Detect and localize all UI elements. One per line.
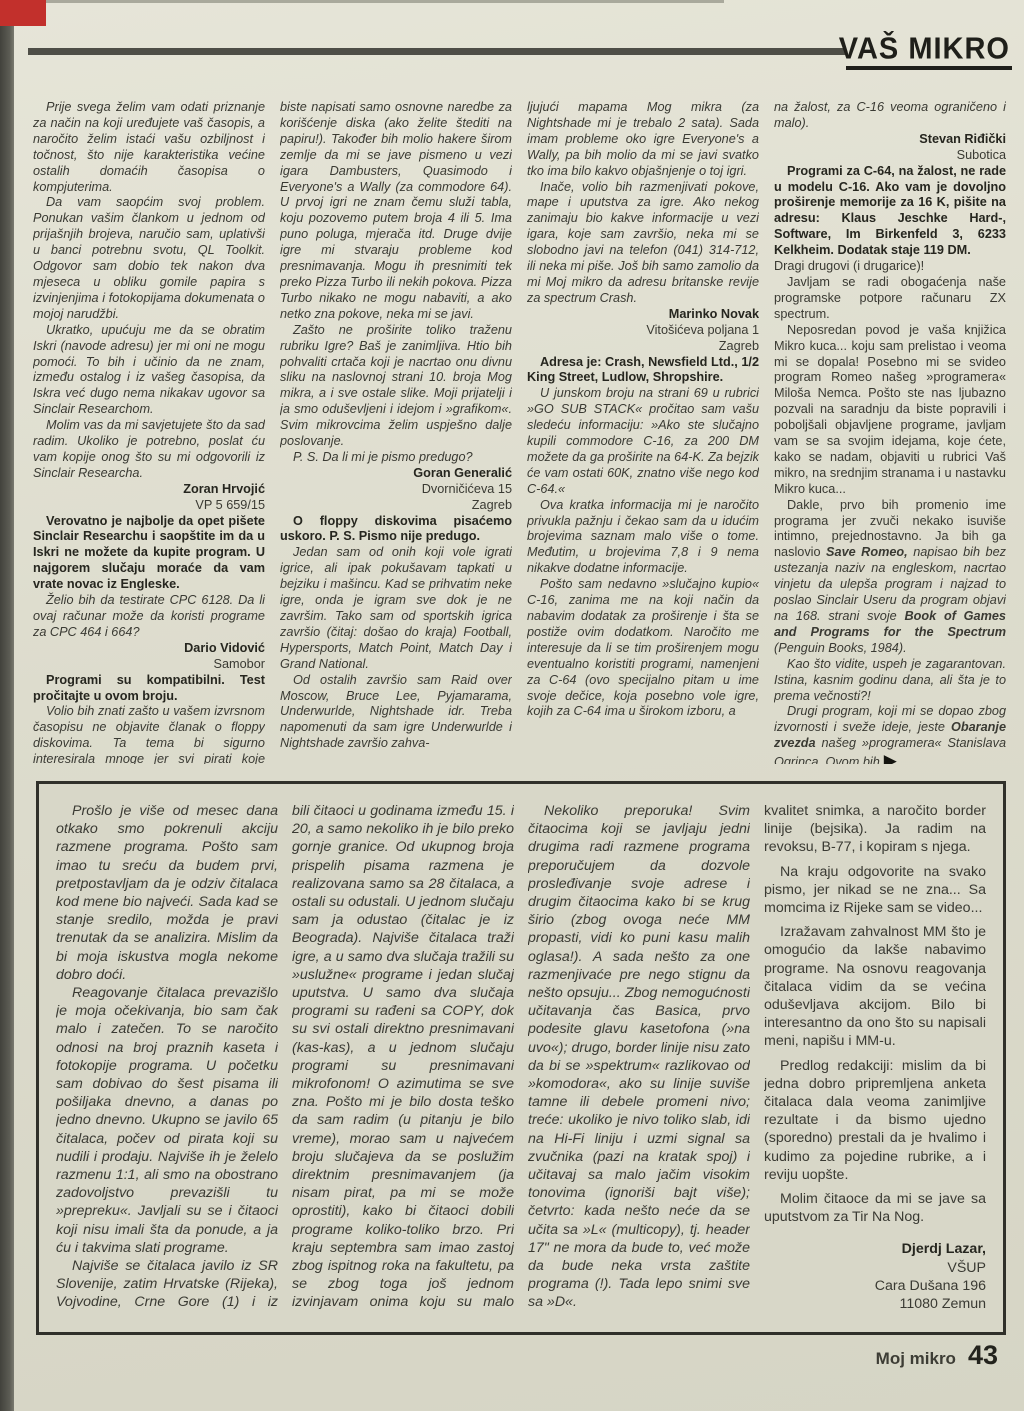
signature-name: Djerdj Lazar, [764, 1240, 986, 1258]
letter-paragraph: P. S. Da li mi je pismo predugo? [280, 450, 512, 466]
section-title: VAŠ MIKRO [839, 32, 1010, 67]
letter-continuation-paragraph: biste napisati samo osnovne naredbe za k… [280, 100, 512, 323]
reader-report-box: Prošlo je više od mesec dana otkako smo … [36, 781, 1006, 1335]
letter-paragraph: Neposredan povod je vaša knjižica Mikro … [774, 323, 1006, 498]
letter-paragraph: Ukratko, upućuju me da se obratim Iskri … [33, 323, 265, 418]
continuation-arrow-icon: ▶ [884, 751, 897, 764]
letter-paragraph: Reagovanje čitalaca prevazišlo je moja o… [56, 984, 278, 1257]
box-column-2: bili čitaoci u godinama između 15. i 20,… [292, 802, 514, 1314]
letter-paragraph: Prije svega želim vam odati priznanje za… [33, 100, 265, 195]
letter-continuation-paragraph: kvalitet snimka, a naročito border linij… [764, 802, 986, 857]
signature-address: Cara Dušana 196 [764, 1277, 986, 1295]
letter-continuation-paragraph: na žalost, za C-16 veoma ograničeno i ma… [774, 100, 1006, 132]
letter-paragraph: Molim vas da mi savjetujete što da sad r… [33, 418, 265, 482]
signature-name: Dario Vidović [33, 641, 265, 657]
letters-column-2: biste napisati samo osnovne naredbe za k… [280, 100, 512, 764]
page-footer: Moj mikro 43 [876, 1340, 998, 1371]
letters-column-4: na žalost, za C-16 veoma ograničeno i ma… [774, 100, 1006, 764]
letter-paragraph: Javljam se radi obogaćenja naše programs… [774, 275, 1006, 323]
letters-column-3: ljujući mapama Mog mikra (za Nightshade … [527, 100, 759, 764]
signature-address: Dvorničićeva 15 [280, 482, 512, 498]
box-column-1: Prošlo je više od mesec dana otkako smo … [56, 802, 278, 1314]
box-column-3: Nekoliko preporuka! Svim čitaocima koji … [528, 802, 750, 1314]
letter-paragraph: Dakle, prvo bih promenio ime programa je… [774, 498, 1006, 657]
signature-name: Zoran Hrvojić [33, 482, 265, 498]
letter-paragraph: Prošlo je više od mesec dana otkako smo … [56, 802, 278, 984]
page-top-edge [46, 0, 724, 3]
page-left-edge [0, 0, 14, 1411]
signature-name: Marinko Novak [527, 307, 759, 323]
letter-paragraph: Pošto sam nedavno »slučajno kupio« C-16,… [527, 577, 759, 720]
signature-address: 11080 Zemun [764, 1295, 986, 1313]
letter-paragraph: Kao što vidite, uspeh je zagarantovan. I… [774, 657, 1006, 705]
header-rule [28, 48, 846, 55]
signature-address: Zagreb [527, 339, 759, 355]
letter-paragraph: Molim čitaoce da mi se jave sa uputstvom… [764, 1190, 986, 1226]
editor-reply-paragraph: Adresa je: Crash, Newsfield Ltd., 1/2 Ki… [527, 355, 759, 387]
letter-continuation-paragraph: ljujući mapama Mog mikra (za Nightshade … [527, 100, 759, 180]
letter-paragraph: Da vam saopćim svoj problem. Ponukan vaš… [33, 195, 265, 322]
letter-paragraph: Nekoliko preporuka! Svim čitaocima koji … [528, 802, 750, 1312]
letter-continuation-paragraph: bili čitaoci u godinama između 15. i 20,… [292, 802, 514, 1314]
signature-address: VŠUP [764, 1259, 986, 1277]
letter-paragraph: Jedan sam od onih koji vole igrati igric… [280, 545, 512, 672]
page-number: 43 [968, 1340, 998, 1371]
letter-paragraph: Da li ste probali da radite sa magnetofo… [528, 1312, 750, 1314]
letter-paragraph: Volio bih znati zašto u vašem izvrsnom č… [33, 704, 265, 764]
header-underline [846, 66, 1012, 70]
editor-reply-paragraph: Verovatno je najbolje da opet pišete Sin… [33, 514, 265, 594]
magazine-page: VAŠ MIKRO Prije svega želim vam odati pr… [0, 0, 1024, 1411]
signature-name: Goran Generalić [280, 466, 512, 482]
letter-paragraph: Želio bih da testirate CPC 6128. Da li o… [33, 593, 265, 641]
signature-address: Samobor [33, 657, 265, 673]
letter-paragraph: Predlog redakciji: mislim da bi jedna do… [764, 1057, 986, 1184]
letters-section: Prije svega želim vam odati priznanje za… [33, 100, 1006, 764]
box-column-4: kvalitet snimka, a naročito border linij… [764, 802, 986, 1314]
signature-name: Stevan Riđički [774, 132, 1006, 148]
letter-paragraph: Najviše se čitalaca javilo iz SR Sloveni… [56, 1257, 278, 1314]
letters-column-1: Prije svega želim vam odati priznanje za… [33, 100, 265, 764]
letter-paragraph: Zašto ne proširite toliko traženu rubrik… [280, 323, 512, 450]
signature-address: Vitošićeva poljana 1 [527, 323, 759, 339]
letter-paragraph: Od ostalih završio sam Raid over Moscow,… [280, 673, 512, 753]
letter-continuation-paragraph: Dragi drugovi (i drugarice)! [774, 259, 1006, 275]
letter-paragraph: Inače, volio bih razmenjivati pokove, ma… [527, 180, 759, 307]
editor-reply-paragraph: O floppy diskovima pisaćemo uskoro. P. S… [280, 514, 512, 546]
letter-paragraph: Na kraju odgovorite na svako pismo, jer … [764, 863, 986, 918]
letter-paragraph: Izražavam zahvalnost MM što je omogućio … [764, 923, 986, 1050]
letter-paragraph: Ova kratka informacija mi je naročito pr… [527, 498, 759, 578]
editor-reply-paragraph: Programi su kompatibilni. Test pročitajt… [33, 673, 265, 705]
signature-address: VP 5 659/15 [33, 498, 265, 514]
red-corner-mark [0, 0, 46, 26]
letter-paragraph: U junskom broju na strani 69 u rubrici »… [527, 386, 759, 497]
editor-reply-paragraph: Programi za C-64, na žalost, ne rade u m… [774, 164, 1006, 259]
signature-address: Subotica [774, 148, 1006, 164]
magazine-name: Moj mikro [876, 1349, 956, 1369]
signature-address: Zagreb [280, 498, 512, 514]
letter-paragraph: Drugi program, koji mi se dopao zbog izv… [774, 704, 1006, 764]
